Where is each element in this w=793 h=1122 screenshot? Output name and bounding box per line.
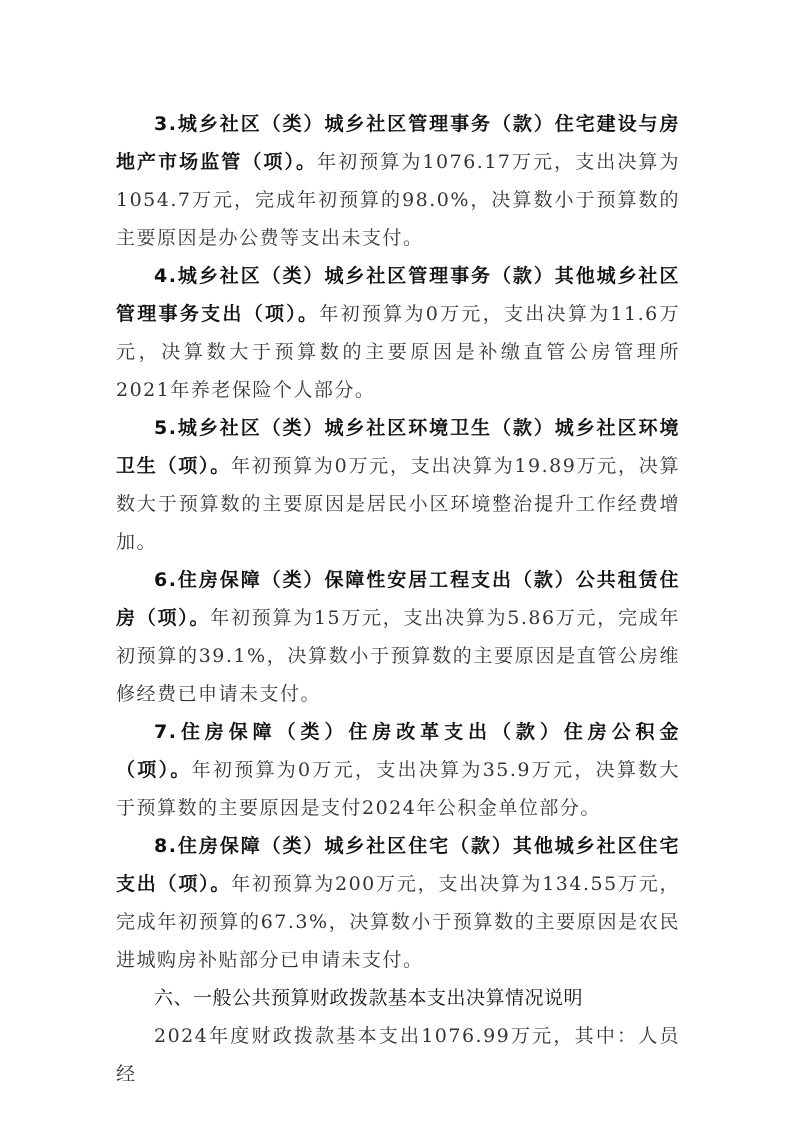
section-heading: 六、一般公共预算财政拨款基本支出决算情况说明 bbox=[116, 979, 680, 1017]
section-paragraph: 2024年度财政拨款基本支出1076.99万元，其中：人员经 bbox=[116, 1017, 680, 1093]
paragraph-item-4: 4.城乡社区（类）城乡社区管理事务（款）其他城乡社区管理事务支出（项）。年初预算… bbox=[116, 257, 680, 409]
paragraph-item-7: 7.住房保障（类）住房改革支出（款）住房公积金（项）。年初预算为0万元，支出决算… bbox=[116, 713, 680, 827]
item-text: 年初预算为0万元，支出决算为35.9万元，决算数大于预算数的主要原因是支付202… bbox=[116, 759, 680, 819]
paragraph-item-3: 3.城乡社区（类）城乡社区管理事务（款）住宅建设与房地产市场监管（项）。年初预算… bbox=[116, 105, 680, 257]
paragraph-item-6: 6.住房保障（类）保障性安居工程支出（款）公共租赁住房（项）。年初预算为15万元… bbox=[116, 561, 680, 713]
document-page: 3.城乡社区（类）城乡社区管理事务（款）住宅建设与房地产市场监管（项）。年初预算… bbox=[116, 105, 680, 1093]
paragraph-item-5: 5.城乡社区（类）城乡社区环境卫生（款）城乡社区环境卫生（项）。年初预算为0万元… bbox=[116, 409, 680, 561]
paragraph-item-8: 8.住房保障（类）城乡社区住宅（款）其他城乡社区住宅支出（项）。年初预算为200… bbox=[116, 827, 680, 979]
